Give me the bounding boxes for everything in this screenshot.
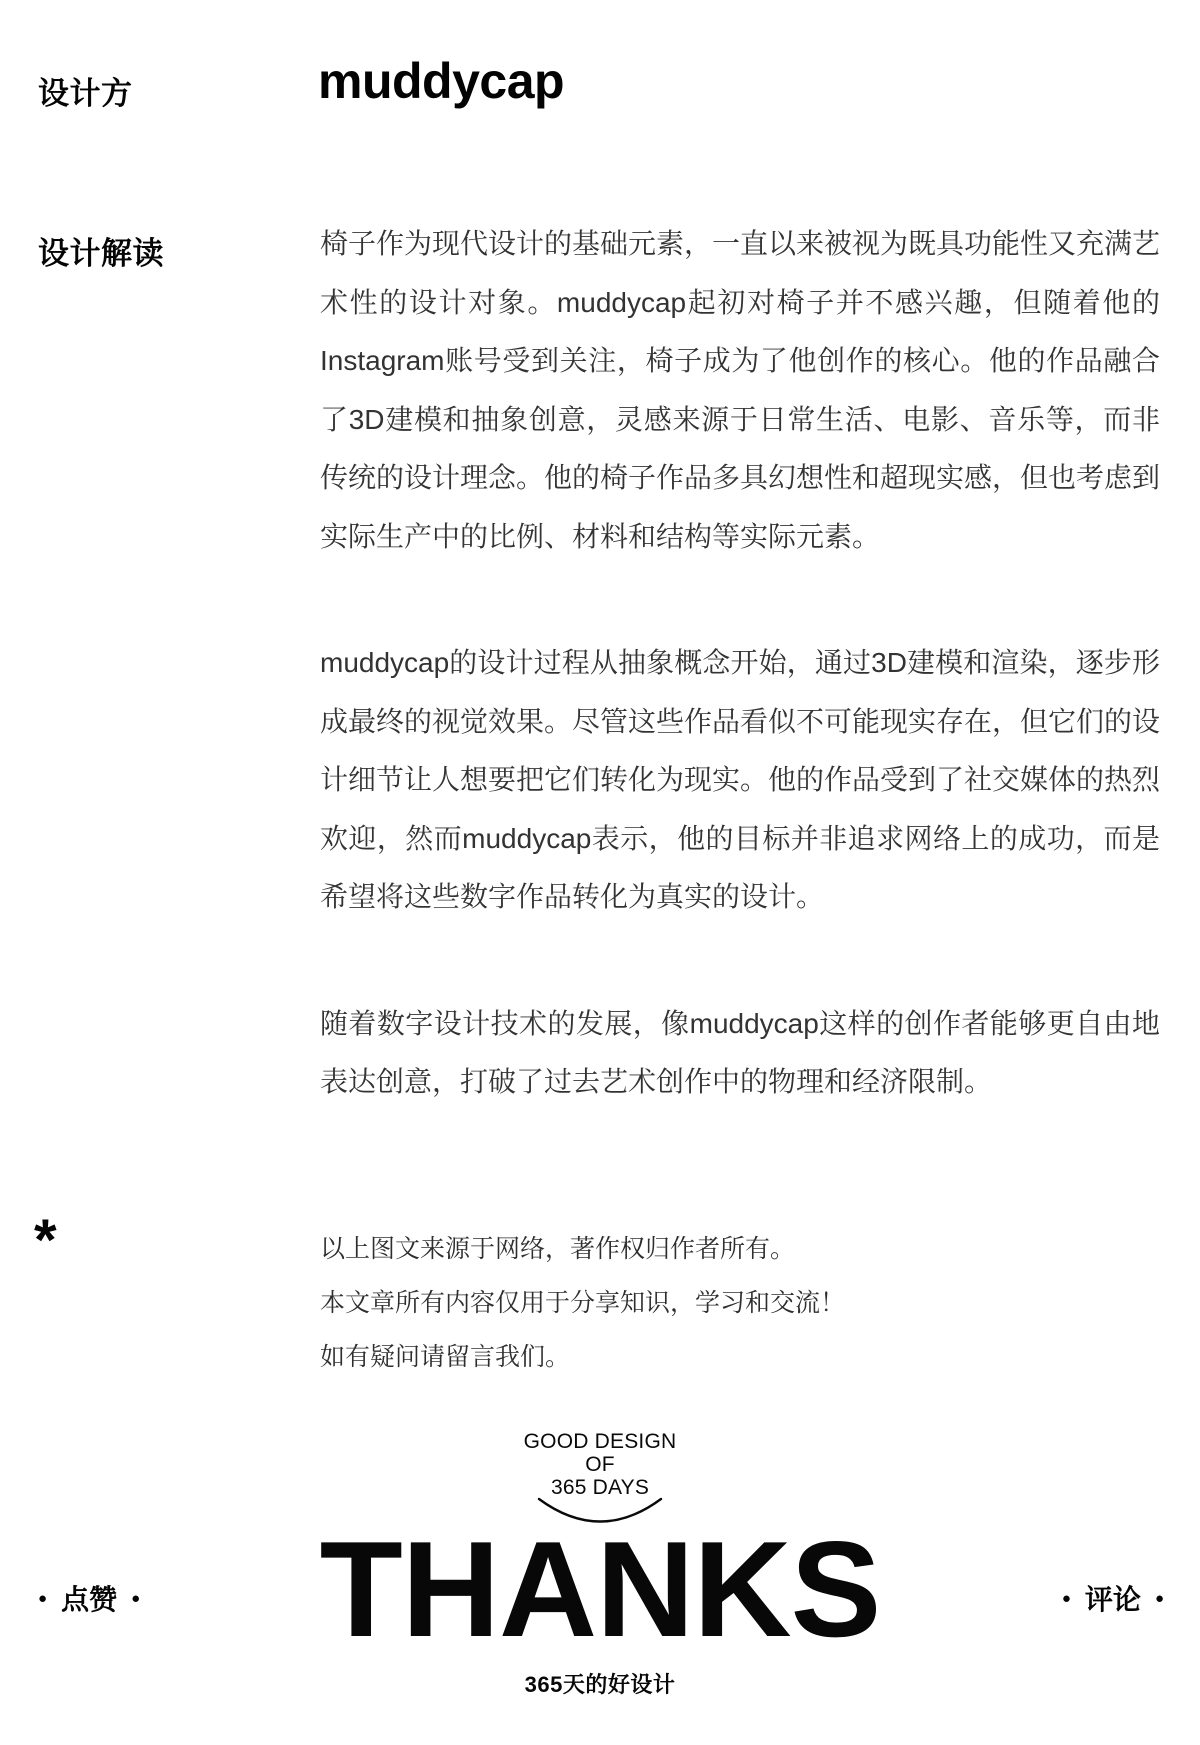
bullet-dot-icon: ● bbox=[1062, 1591, 1071, 1606]
disclaimer-line: 如有疑问请留言我们。 bbox=[320, 1330, 845, 1384]
comment-label: 评论 bbox=[1085, 1578, 1141, 1618]
disclaimer-line: 以上图文来源于网络，著作权归作者所有。 bbox=[320, 1222, 845, 1276]
disclaimer-line: 本文章所有内容仅用于分享知识，学习和交流！ bbox=[320, 1276, 845, 1330]
text-line: 椅子作为现代设计的基础元素，一直以来被视为既具功能性又充满艺 bbox=[320, 215, 1160, 274]
text-line: 计细节让人想要把它们转化为现实。他的作品受到了社交媒体的热烈 bbox=[320, 751, 1160, 810]
interpretation-text: 椅子作为现代设计的基础元素，一直以来被视为既具功能性又充满艺 术性的设计对象。m… bbox=[320, 215, 1160, 1112]
bullet-dot-icon: ● bbox=[38, 1591, 47, 1606]
bullet-dot-icon: ● bbox=[1155, 1591, 1164, 1606]
designer-name: muddycap bbox=[318, 52, 564, 110]
badge-line: OF bbox=[0, 1453, 1200, 1476]
text-line: 随着数字设计技术的发展，像muddycap这样的创作者能够更自由地 bbox=[320, 995, 1160, 1054]
thanks-headline: THANKS bbox=[0, 1521, 1200, 1657]
asterisk-mark: * bbox=[34, 1212, 57, 1270]
text-line: Instagram账号受到关注，椅子成为了他创作的核心。他的作品融合 bbox=[320, 332, 1160, 391]
paragraph-2: muddycap的设计过程从抽象概念开始，通过3D建模和渲染，逐步形 成最终的视… bbox=[320, 634, 1160, 927]
paragraph-3: 随着数字设计技术的发展，像muddycap这样的创作者能够更自由地 表达创意，打… bbox=[320, 995, 1160, 1112]
disclaimer-text: 以上图文来源于网络，著作权归作者所有。 本文章所有内容仅用于分享知识，学习和交流… bbox=[320, 1222, 845, 1384]
text-line: 希望将这些数字作品转化为真实的设计。 bbox=[320, 868, 1160, 927]
designer-label: 设计方 bbox=[38, 68, 133, 113]
text-line: 传统的设计理念。他的椅子作品多具幻想性和超现实感，但也考虑到 bbox=[320, 449, 1160, 508]
text-line: 表达创意，打破了过去艺术创作中的物理和经济限制。 bbox=[320, 1053, 1160, 1112]
text-line: 欢迎，然而muddycap表示，他的目标并非追求网络上的成功，而是 bbox=[320, 810, 1160, 869]
bullet-dot-icon: ● bbox=[131, 1591, 140, 1606]
comment-button[interactable]: ● 评论 ● bbox=[1062, 1578, 1164, 1618]
text-line: 成最终的视觉效果。尽管这些作品看似不可能现实存在，但它们的设 bbox=[320, 693, 1160, 752]
interpretation-label: 设计解读 bbox=[38, 228, 164, 273]
good-design-badge: GOOD DESIGN OF 365 DAYS bbox=[0, 1430, 1200, 1499]
badge-line: GOOD DESIGN bbox=[0, 1430, 1200, 1453]
like-label: 点赞 bbox=[61, 1578, 117, 1618]
text-line: 实际生产中的比例、材料和结构等实际元素。 bbox=[320, 508, 1160, 567]
text-line: 术性的设计对象。muddycap起初对椅子并不感兴趣，但随着他的 bbox=[320, 274, 1160, 333]
paragraph-1: 椅子作为现代设计的基础元素，一直以来被视为既具功能性又充满艺 术性的设计对象。m… bbox=[320, 215, 1160, 566]
like-button[interactable]: ● 点赞 ● bbox=[38, 1578, 140, 1618]
text-line: 了3D建模和抽象创意，灵感来源于日常生活、电影、音乐等，而非 bbox=[320, 391, 1160, 450]
article-page: 设计方 muddycap 设计解读 椅子作为现代设计的基础元素，一直以来被视为既… bbox=[0, 0, 1200, 1745]
text-line: muddycap的设计过程从抽象概念开始，通过3D建模和渲染，逐步形 bbox=[320, 634, 1160, 693]
footer-tagline: 365天的好设计 bbox=[0, 1668, 1200, 1699]
